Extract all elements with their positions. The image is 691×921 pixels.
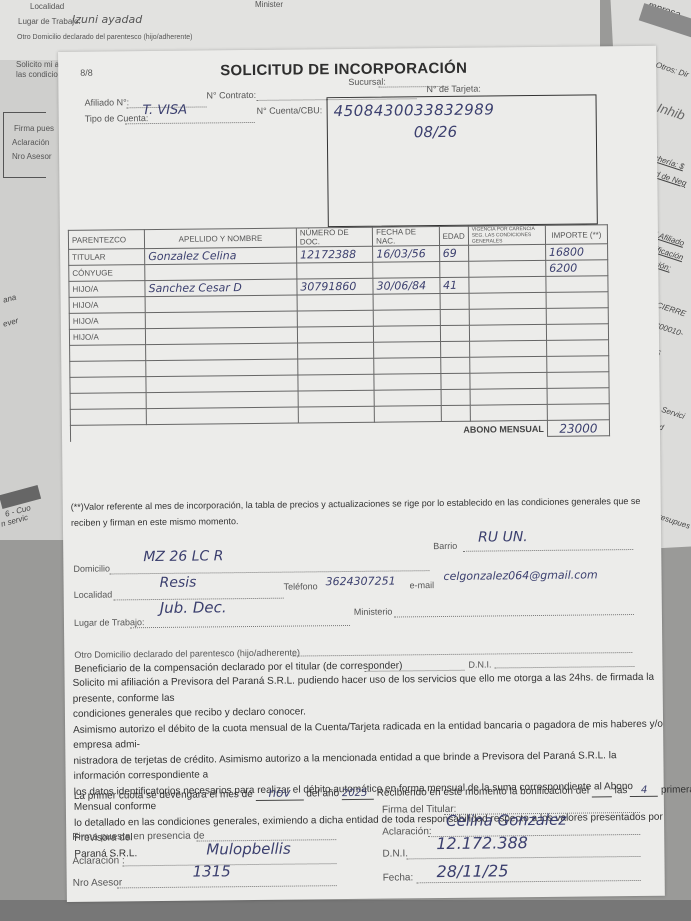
table-cell[interactable] [145,263,297,281]
table-cell[interactable] [546,276,608,293]
parentezco-cell: CÓNYUGE [69,265,145,282]
otro-domicilio-label: Otro Domicilio declarado del parentesco … [74,647,300,659]
sucursal-label: Sucursal: [348,77,386,87]
nro-asesor-label: Nro Asesor [73,877,123,889]
tipo-cuenta-field [125,122,255,124]
table-cell[interactable] [373,262,440,279]
table-cell[interactable]: Gonzalez Celina [145,247,297,265]
parentezco-cell: TITULAR [69,249,145,266]
table-cell[interactable]: 12172388 [296,246,372,263]
tipo-cuenta-label: Tipo de Cuenta: [85,113,149,124]
table-cell[interactable] [146,375,298,393]
table-cell[interactable] [440,293,469,309]
table-cell[interactable] [469,340,546,357]
table-cell[interactable] [469,292,546,309]
col-edad: EDAD [439,226,468,245]
localidad-label: Localidad [74,589,113,599]
afiliado-label: Afiliado N°: [84,97,129,107]
table-cell[interactable] [546,292,608,309]
bonificacion-suffix: primeras cuotas.- [661,784,691,796]
table-cell[interactable] [440,325,469,341]
cuota-anio-value[interactable]: 2025 [342,788,374,800]
table-cell[interactable] [374,390,441,407]
bg-asesor: Nro Asesor [12,152,52,161]
cuenta-cbu-label: N° Cuenta/CBU: [257,105,323,116]
aclaracion-titular-value[interactable]: Celina Gonzalez [446,811,566,830]
table-cell[interactable] [374,342,441,359]
table-cell[interactable]: 6200 [546,260,608,277]
table-cell[interactable] [146,407,298,425]
table-cell[interactable] [469,276,546,293]
lugar-trabajo-field [130,625,350,628]
table-cell[interactable] [297,310,373,327]
table-cell[interactable] [469,324,546,341]
table-cell[interactable] [146,327,298,345]
parentezco-cell: HIJO/A [69,313,145,330]
table-cell[interactable] [374,358,441,375]
table-cell[interactable] [297,326,373,343]
page-code: 8/8 [80,68,93,78]
contrato-label: N° Contrato: [206,90,256,101]
aclaracion-asesor-value[interactable]: Mulopbellis [206,840,291,859]
table-cell[interactable]: 16/03/56 [373,246,440,263]
barrio-label: Barrio [433,541,457,551]
fecha-label: Fecha: [383,872,414,883]
dni-beneficiario-field[interactable] [494,666,634,668]
telefono-value[interactable]: 3624307251 [325,574,395,588]
nro-asesor-value[interactable]: 1315 [192,862,230,880]
table-cell[interactable] [146,343,298,361]
table-cell[interactable] [469,308,546,325]
parentezco-cell: HIJO/A [69,297,145,314]
table-cell[interactable] [547,356,609,373]
table-cell[interactable]: 41 [439,277,468,293]
table-cell[interactable] [440,357,469,373]
table-cell[interactable] [440,373,469,389]
table-cell[interactable] [146,359,298,377]
abono-value[interactable]: 23000 [547,420,609,437]
price-note: (**)Valor referente al mes de incorporac… [71,494,661,531]
col-numero-doc: NÚMERO DE DOC. [296,227,372,247]
bg-otro-domicilio-label: Otro Domicilio declarado del parentesco … [17,34,192,41]
table-cell[interactable] [298,406,374,423]
dni-titular-value[interactable]: 12.172.388 [436,833,528,853]
table-cell[interactable] [145,311,297,329]
tipo-cuenta-value[interactable]: T. VISA [143,103,188,118]
table-cell[interactable] [547,388,609,405]
table-cell[interactable] [297,262,373,279]
table-cell[interactable] [440,309,469,325]
bg-localidad-label: Localidad [30,2,64,11]
col-fecha-nac: FECHA DE NAC. [373,227,440,247]
cuota-mes-value[interactable]: nov [255,785,303,801]
bg-firma: Firma pues [14,124,54,133]
localidad-value[interactable]: Resis [159,575,196,591]
firma-presencia-label: Firma puesta en presencia de [72,831,204,843]
table-cell[interactable]: Sanchez Cesar D [145,279,297,297]
table-cell[interactable] [441,405,470,421]
barrio-field [463,549,633,552]
otro-domicilio-field[interactable] [292,652,632,657]
fecha-value[interactable]: 28/11/25 [437,861,509,881]
incorporation-form: 8/8 SOLICITUD DE INCORPORACIÓN Sucursal:… [58,46,665,902]
tarjeta-label: N° de Tarjeta: [426,84,481,95]
table-cell[interactable] [374,326,441,343]
table-cell[interactable] [373,294,440,311]
table-cell[interactable] [469,260,546,277]
table-cell[interactable] [546,340,608,357]
table-cell[interactable]: 69 [439,245,468,261]
table-cell[interactable]: 16800 [545,244,607,261]
ministerio-label: Ministerio [354,607,393,617]
table-cell[interactable] [546,324,608,341]
parentezco-cell: HIJO/A [69,281,145,298]
table-surface [0,900,691,921]
dni-beneficiario-label: D.N.I. [468,659,491,669]
aclaracion-titular-label: Aclaración: [382,826,432,838]
table-cell[interactable] [298,358,374,375]
domicilio-label: Domicilio [73,563,110,573]
card-number-box[interactable]: 4508430033832989 08/26 [326,94,597,227]
email-label: e-mail [410,580,435,590]
bg-lugar-value: Izuni ayadad [72,13,142,26]
table-cell[interactable] [298,374,374,391]
parentezco-cell [70,361,146,378]
cuota-anio-label: del año [306,788,339,799]
card-expiry-value: 08/26 [414,123,457,141]
bg-aclaracion: Aclaración [12,138,49,147]
table-cell[interactable] [547,372,609,389]
table-cell[interactable] [374,374,441,391]
table-cell[interactable] [440,341,469,357]
table-cell[interactable] [547,404,609,421]
lugar-trabajo-value[interactable]: Jub. Dec. [160,598,227,617]
email-value[interactable]: celgonzalez064@gmail.com [443,568,597,583]
aclaracion-asesor-label: Aclaración : [72,855,124,867]
table-cell[interactable] [298,390,374,407]
parentezco-cell [70,345,146,362]
table-cell[interactable] [439,261,468,277]
table-cell[interactable]: 30791860 [297,278,373,295]
col-importe: IMPORTE (**) [545,225,607,245]
ministerio-field[interactable] [394,614,634,618]
table-cell[interactable] [441,389,470,405]
card-number-value: 4508430033832989 [334,100,495,120]
telefono-label: Teléfono [284,581,318,591]
table-cell[interactable] [470,404,547,421]
table-cell[interactable] [470,356,547,373]
form-title: SOLICITUD DE INCORPORACIÓN [220,60,467,80]
table-cell[interactable] [470,372,547,389]
bonificacion-text: Recibiendo en este momento la bonificaci… [377,785,589,798]
parentezco-cell [70,409,146,426]
col-apellido-nombre: APELLIDO Y NOMBRE [145,228,297,249]
cuota-prefix: La primer cuota se devengara el mes de [74,789,253,802]
table-cell[interactable] [297,294,373,311]
bonificacion-value[interactable]: 4 [630,785,658,797]
col-vigencia: VIGENCIA POR CARENCIA SEG. LAS CONDICION… [468,225,545,245]
table-cell[interactable] [145,295,297,313]
nro-asesor-field [117,885,337,888]
table-cell[interactable] [297,342,373,359]
members-table: PARENTEZCO APELLIDO Y NOMBRE NÚMERO DE D… [68,224,610,442]
parentezco-cell: HIJO/A [69,329,145,346]
table-cell[interactable] [374,406,441,423]
bg-condiciones: las condicio [16,70,58,79]
table-cell[interactable] [373,310,440,327]
table-cell[interactable] [470,388,547,405]
table-cell[interactable] [468,244,545,261]
bonificacion-del-field[interactable] [592,785,612,797]
bg-ministerio-label: Minister [255,0,283,9]
bg-solicito: Solicito mi a [16,60,59,69]
col-parentezco: PARENTEZCO [68,230,144,250]
parentezco-cell [70,393,146,410]
barrio-value[interactable]: RU UN. [478,529,528,546]
domicilio-value[interactable]: MZ 26 LC R [143,548,223,565]
table-cell[interactable] [546,308,608,325]
table-cell[interactable]: 30/06/84 [373,278,440,295]
dni-titular-label: D.N.I. [382,848,408,859]
table-cell[interactable] [146,391,298,409]
bonificacion-las: las [615,785,628,796]
parentezco-cell [70,377,146,394]
